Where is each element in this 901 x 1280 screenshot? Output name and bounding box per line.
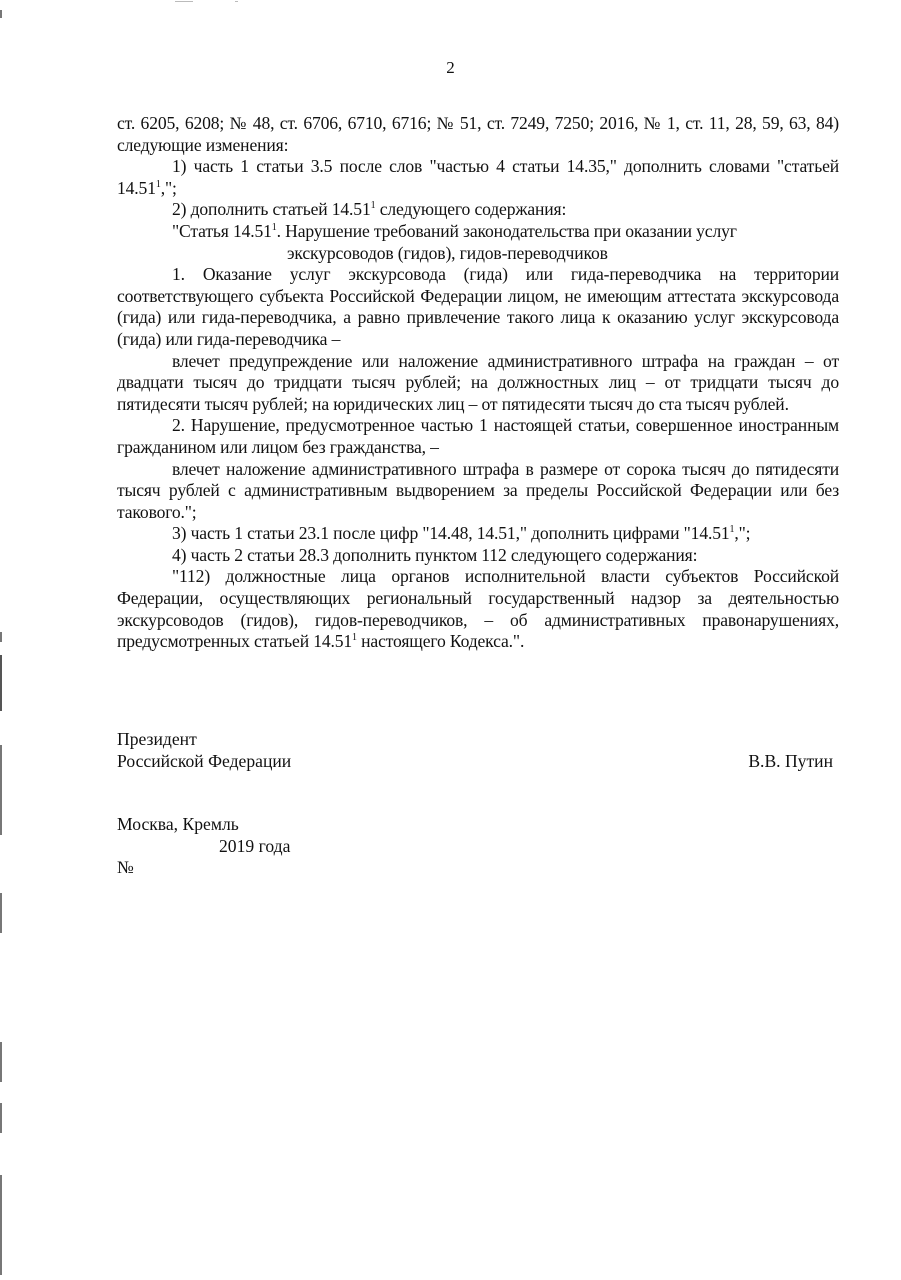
document-number-label: № <box>117 857 290 879</box>
article-title: "Статья 14.511. Нарушение требований зак… <box>117 221 839 243</box>
place-and-date: Москва, Кремль 2019 года № <box>117 814 290 879</box>
paragraph-intro: ст. 6205, 6208; № 48, ст. 6706, 6710, 67… <box>117 113 839 156</box>
scan-edge-mark <box>0 632 2 642</box>
scan-edge-mark <box>0 1042 2 1082</box>
scan-edge-mark <box>0 893 2 933</box>
scan-edge-mark <box>0 745 2 835</box>
place-date: 2019 года <box>117 836 290 858</box>
paragraph-part-2: 2. Нарушение, предусмотренное частью 1 н… <box>117 415 839 458</box>
scan-edge-mark <box>0 1175 2 1275</box>
scan-edge-mark <box>0 1103 2 1133</box>
paragraph-part-1: 1. Оказание услуг экскурсовода (гида) ил… <box>117 264 839 350</box>
signatory-title: Президент Российской Федерации <box>117 729 291 772</box>
scan-artifact <box>175 1 193 2</box>
scan-edge-mark <box>0 10 2 18</box>
page-number: 2 <box>0 58 901 78</box>
paragraph-amendment-4: 4) часть 2 статьи 28.3 дополнить пунктом… <box>117 545 839 567</box>
paragraph-item-112: "112) должностные лица органов исполните… <box>117 566 839 652</box>
signatory-title-line2: Российской Федерации <box>117 751 291 773</box>
scan-edge-mark <box>0 655 2 711</box>
paragraph-amendment-1: 1) часть 1 статьи 3.5 после слов "частью… <box>117 156 839 199</box>
article-title-cont: экскурсоводов (гидов), гидов-переводчико… <box>117 243 839 265</box>
paragraph-penalty-2: влечет наложение административного штраф… <box>117 459 839 524</box>
paragraph-amendment-2: 2) дополнить статьей 14.511 следующего с… <box>117 199 839 221</box>
document-body: ст. 6205, 6208; № 48, ст. 6706, 6710, 67… <box>117 113 839 653</box>
scan-artifact <box>235 1 238 2</box>
place-location: Москва, Кремль <box>117 814 290 836</box>
paragraph-amendment-3: 3) часть 1 статьи 23.1 после цифр "14.48… <box>117 523 839 545</box>
paragraph-penalty-1: влечет предупреждение или наложение адми… <box>117 351 839 416</box>
signatory-title-line1: Президент <box>117 729 291 751</box>
signatory-name: В.В. Путин <box>748 751 833 773</box>
